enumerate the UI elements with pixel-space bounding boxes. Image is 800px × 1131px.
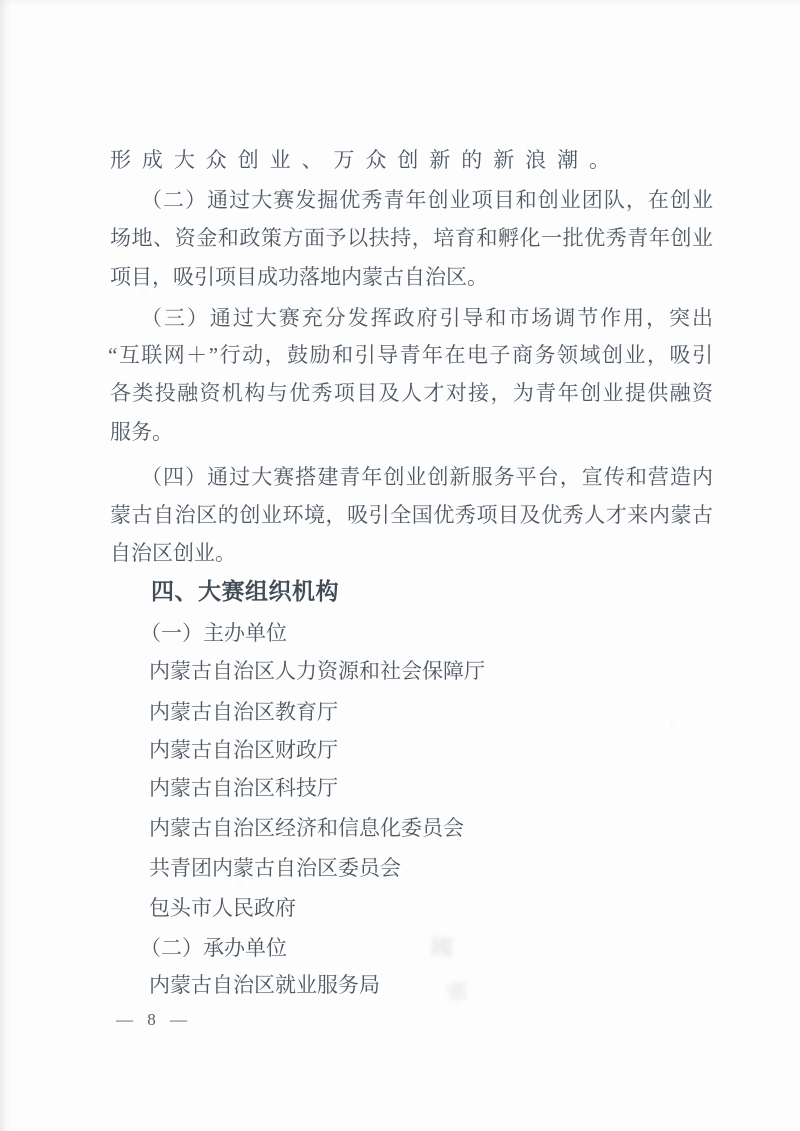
organizer-name: 内蒙古自治区经济和信息化委员会 [149, 815, 464, 842]
organizer-name: 内蒙古自治区人力资源和社会保障厅 [149, 658, 485, 685]
page-number: — 8 — [116, 1010, 192, 1030]
paragraph-3-line: “互联网＋”行动，鼓励和引导青年在电子商务领域创业，吸引 [108, 342, 713, 369]
paragraph-4-line: 蒙古自治区的创业环境，吸引全国优秀项目及优秀人才来内蒙古 [110, 502, 713, 529]
paragraph-2-line: 场地、资金和政策方面予以扶持，培育和孵化一批优秀青年创业 [110, 225, 713, 252]
scan-artifact: 國 [430, 930, 455, 963]
paragraph-3-line: （三）通过大赛充分发挥政府引导和市场调节作用，突出 [141, 305, 713, 332]
scanned-document-page: 形成大众创业、万众创新的新浪潮。 （二）通过大赛发掘优秀青年创业项目和创业团队，… [0, 0, 800, 1131]
paragraph-4-line: 自治区创业。 [110, 540, 236, 567]
paragraph-2-line: （二）通过大赛发掘优秀青年创业项目和创业团队，在创业 [141, 187, 713, 214]
paragraph-2-line: 项目，吸引项目成功落地内蒙古自治区。 [110, 264, 488, 291]
section-heading: 四、大赛组织机构 [151, 578, 339, 605]
paragraph-continuation-line: 形成大众创业、万众创新的新浪潮。 [110, 147, 610, 174]
organizer-name: 内蒙古自治区财政厅 [149, 737, 338, 764]
paragraph-3-line: 各类投融资机构与优秀项目及人才对接，为青年创业提供融资 [110, 380, 713, 407]
paragraph-4-line: （四）通过大赛搭建青年创业创新服务平台，宣传和营造内 [141, 464, 713, 491]
organizers-subheading: （一）主办单位 [140, 620, 287, 647]
undertaker-name: 内蒙古自治区就业服务局 [149, 972, 380, 999]
organizer-name: 内蒙古自治区教育厅 [149, 699, 338, 726]
organizer-name: 包头市人民政府 [149, 895, 296, 922]
organizer-name: 内蒙古自治区科技厅 [149, 775, 338, 802]
organizer-name: 共青团内蒙古自治区委员会 [149, 855, 401, 882]
scan-artifact: 寨 [444, 975, 470, 1009]
undertaker-subheading: （二）承办单位 [140, 935, 287, 962]
paragraph-3-line: 服务。 [110, 419, 173, 446]
